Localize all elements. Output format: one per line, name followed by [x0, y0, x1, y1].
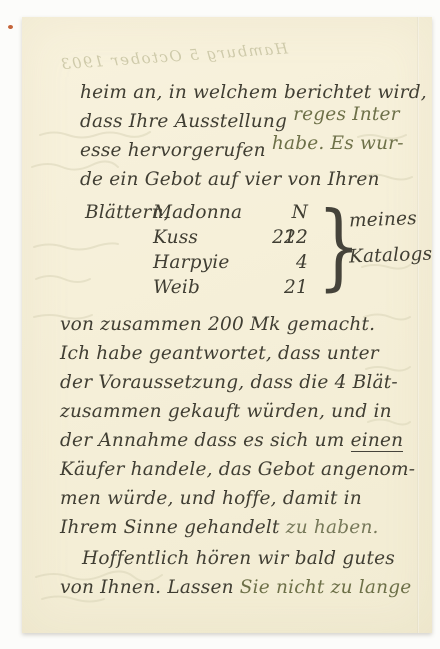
inserted-words: reges Inter: [293, 104, 400, 125]
letter-line-10: Ich habe geantwortet, dass unter: [60, 339, 420, 368]
letter-line-18: von Ihnen. Lassen Sie nicht zu lange: [60, 573, 420, 602]
list-intro-label: Blättern,: [85, 200, 153, 225]
letter-line-15: men würde, und hoffe, damit in: [60, 484, 420, 513]
letter-line-3: esse hervorgerufen habe. Es wur-: [80, 136, 420, 165]
letter-line-12: zusammen gekauft würden, und in: [60, 397, 420, 426]
list-row: Weib 21: [85, 275, 420, 300]
paragraph-2: von zusammen 200 Mk gemacht. Ich habe ge…: [60, 310, 420, 542]
letter-line-9: von zusammen 200 Mk gemacht.: [60, 310, 420, 339]
inserted-words: habe. Es wur-: [272, 133, 404, 154]
letter-body: heim an, in welchem berichtet wird, dass…: [60, 78, 420, 602]
paragraph-3: Hoffentlich hören wir bald gutes von Ihn…: [60, 544, 420, 602]
letter-line-11: der Voraussetzung, dass die 4 Blät-: [60, 368, 420, 397]
letter-line-2: dass Ihre Ausstellung reges Inter: [80, 107, 420, 136]
item-number: 4: [253, 250, 308, 275]
letter-scan: { "bleedthrough": { "date_line": "Hambur…: [0, 0, 440, 649]
item-name: Madonna: [153, 200, 253, 225]
letter-line-17: Hoffentlich hören wir bald gutes: [82, 544, 420, 573]
print-list: Blättern, Madonna N 212 Kuss 22 Harpyie …: [85, 200, 420, 302]
item-number: 21: [253, 275, 308, 300]
letter-line-13: der Annahme dass es sich um einen: [60, 426, 420, 455]
item-name: Weib: [153, 275, 253, 300]
letter-line-4: de ein Gebot auf vier von Ihren: [80, 165, 420, 194]
item-number: 22: [253, 225, 308, 250]
bleedthrough-date: Hamburg 5 October 1903: [68, 39, 289, 72]
item-name: Harpyie: [153, 250, 253, 275]
item-name: Kuss: [153, 225, 253, 250]
letter-line-14: Käufer handele, das Gebot angenom-: [60, 455, 420, 484]
letter-line-1: heim an, in welchem berichtet wird,: [80, 78, 420, 107]
catalog-label: meines Katalogs: [349, 202, 432, 274]
item-number: N 212: [253, 200, 308, 225]
underlined-word: einen: [351, 430, 404, 452]
letter-line-16: Ihrem Sinne gehandelt zu haben.: [60, 513, 420, 542]
dust-speck: [8, 25, 13, 29]
paragraph-1: heim an, in welchem berichtet wird, dass…: [60, 78, 420, 194]
